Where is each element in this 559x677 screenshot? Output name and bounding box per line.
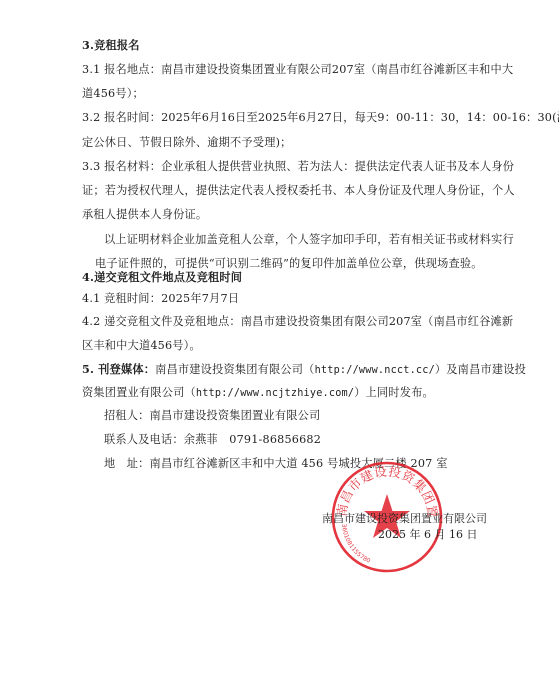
section5-label: 5. 刊登媒体：	[82, 362, 155, 376]
url-ncct-link[interactable]: http://www.ncct.cc/	[315, 365, 435, 376]
section3-item3-cont2: 承租人提供本人身份证。	[82, 208, 207, 222]
seal-code-text: 3601081155780	[340, 523, 371, 564]
section5-text-cont: ）及南昌市建设投	[435, 363, 526, 376]
signature-date: 2025 年 6 月 16 日	[378, 526, 477, 542]
section3-item2: 3.2 报名时间：2025年6月16日至2025年6月27日，每天9：00-11…	[82, 111, 559, 125]
section4-item2-cont: 区丰和中大道456号）。	[82, 339, 201, 353]
svg-text:3601081155780: 3601081155780	[340, 523, 371, 564]
contact-address: 地 址：南昌市红谷滩新区丰和中大道 456 号城投大厦二楼 207 室	[104, 457, 448, 471]
section4-item2: 4.2 递交竞租文件及竞租地点：南昌市建设投资集团有限公司207室（南昌市红谷滩…	[82, 315, 513, 329]
section3-item3-cont: 证；若为授权代理人，提供法定代表人授权委托书、本人身份证及代理人身份证，个人	[82, 184, 515, 198]
section3-item1-cont: 道456号）；	[82, 87, 144, 101]
section5-text: 南昌市建设投资集团有限公司（	[155, 363, 314, 376]
section5-text2-cont: ）上同时发布。	[354, 386, 434, 399]
section3-item3: 3.3 报名材料：企业承租人提供营业执照、若为法人：提供法定代表人证书及本人身份	[82, 160, 514, 174]
section3-note: 以上证明材料企业加盖竞租人公章，个人签字加印手印，若有相关证书或材料实行	[104, 233, 514, 247]
contact-lessor: 招租人：南昌市建设投资集团置业有限公司	[104, 409, 320, 423]
section4-heading: 4.递交竞租文件地点及竞租时间	[82, 270, 242, 284]
section3-item1: 3.1 报名地点：南昌市建设投资集团置业有限公司207室（南昌市红谷滩新区丰和中…	[82, 63, 513, 77]
section3-heading: 3.竞租报名	[82, 38, 140, 52]
url-ncjtzhiye-link[interactable]: http://www.ncjtzhiye.com/	[196, 388, 354, 399]
section5-text2: 资集团置业有限公司（	[82, 386, 196, 399]
section3-item2-cont: 定公休日、节假日除外、逾期不予受理)；	[82, 136, 292, 150]
section5-line2: 资集团置业有限公司（http://www.ncjtzhiye.com/）上同时发…	[82, 386, 434, 401]
section5-line1: 5. 刊登媒体：南昌市建设投资集团有限公司（http://www.ncct.cc…	[82, 362, 526, 378]
signature-company: 南昌市建设投资集团置业有限公司	[322, 510, 487, 526]
section4-item1: 4.1 竞租时间：2025年7月7日	[82, 292, 239, 306]
section3-note-cont: 电子证件照的，可提供“可识别二维码”的复印件加盖单位公章，供现场查验。	[95, 257, 483, 271]
contact-person-phone: 联系人及电话：余燕菲 0791-86856682	[104, 433, 321, 447]
